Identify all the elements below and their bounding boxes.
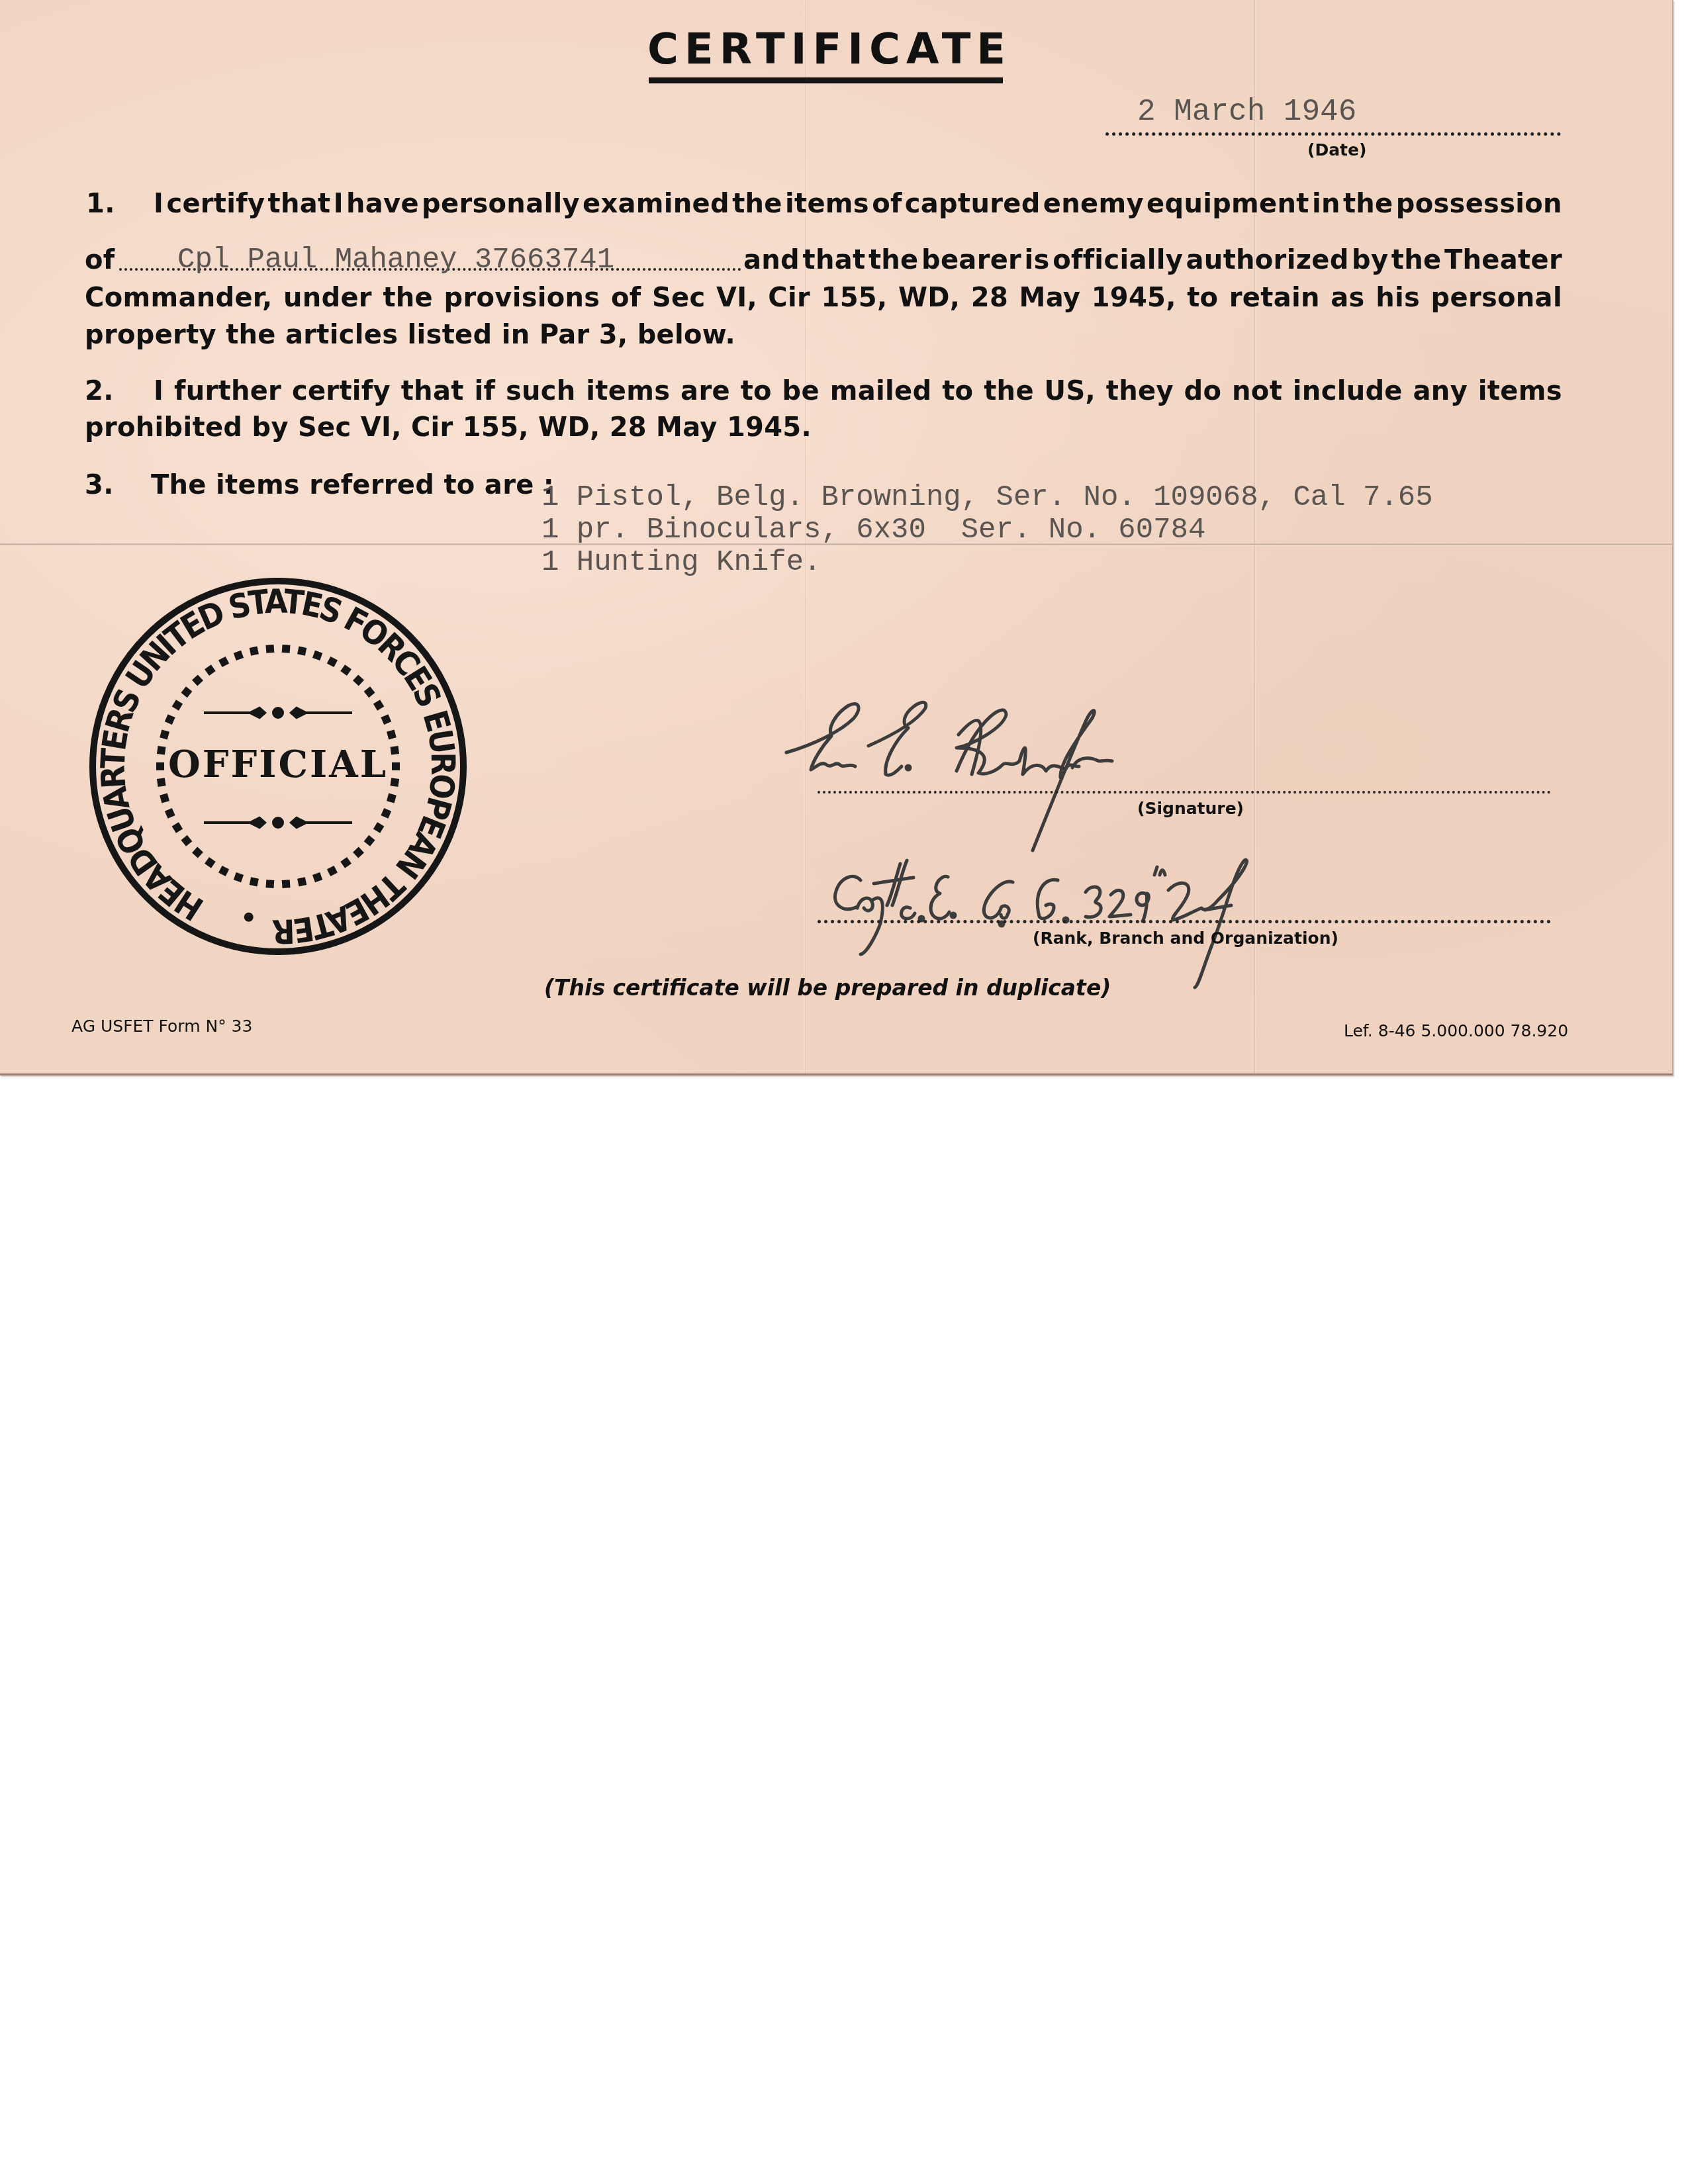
rank-caption: (Rank, Branch and Organization) [1033, 929, 1338, 948]
rank-handwriting [835, 860, 1246, 987]
signature-line [818, 791, 1551, 794]
form-number: AG USFET Form N° 33 [71, 1017, 252, 1036]
certificate-paper: CERTIFICATE 2 March 1946 (Date) 1. Icert… [0, 0, 1673, 1075]
duplicate-note: (This certificate will be prepared in du… [544, 975, 1111, 1001]
print-code: Lef. 8-46 5.000.000 78.920 [1344, 1021, 1568, 1040]
signature-handwriting [786, 702, 1112, 850]
handwriting-layer [0, 0, 1672, 1073]
signature-caption: (Signature) [1137, 799, 1244, 818]
rank-line [818, 920, 1551, 923]
